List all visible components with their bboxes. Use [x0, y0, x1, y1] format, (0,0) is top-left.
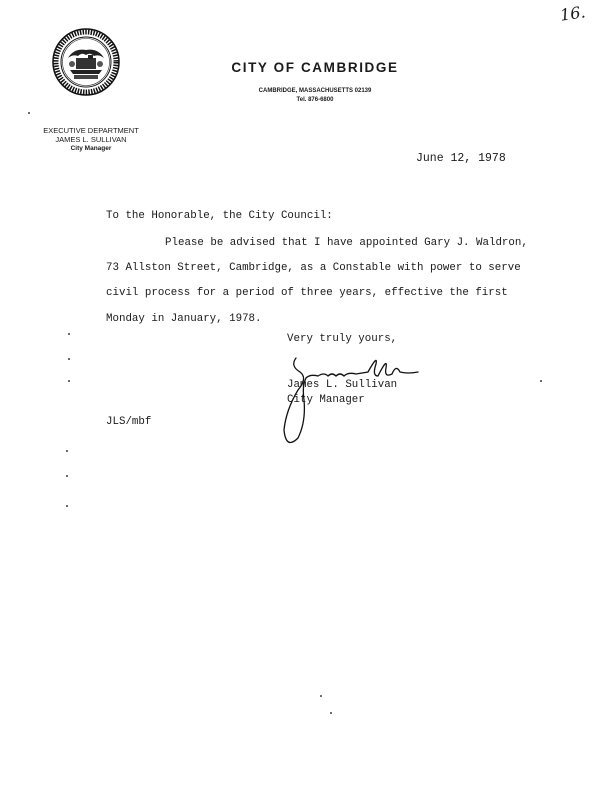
letterhead-address-block: CAMBRIDGE, MASSACHUSETTS 02139 Tel. 876-…	[205, 87, 425, 104]
body-line: 73 Allston Street, Cambridge, as a Const…	[106, 262, 521, 274]
sender-department: EXECUTIVE DEPARTMENT	[36, 126, 146, 135]
letterhead-title: CITY OF CAMBRIDGE	[205, 60, 425, 75]
letterhead-telephone: Tel. 876-6800	[205, 96, 425, 105]
body-line: civil process for a period of three year…	[106, 287, 508, 299]
letterhead-address: CAMBRIDGE, MASSACHUSETTS 02139	[205, 87, 425, 96]
sender-block: EXECUTIVE DEPARTMENT JAMES L. SULLIVAN C…	[36, 126, 146, 153]
reference-initials: JLS/mbf	[106, 416, 151, 428]
sender-name: JAMES L. SULLIVAN	[36, 135, 146, 144]
body-line: Monday in January, 1978.	[106, 313, 262, 325]
signature-name: James L. Sullivan	[287, 379, 397, 391]
closing: Very truly yours,	[287, 333, 397, 345]
handwritten-page-number: 16.	[559, 2, 587, 24]
letter-date: June 12, 1978	[416, 152, 506, 165]
body-line: Please be advised that I have appointed …	[165, 237, 528, 249]
sender-title: City Manager	[36, 144, 146, 153]
signature-title: City Manager	[287, 394, 365, 406]
city-seal-icon	[52, 28, 120, 96]
salutation: To the Honorable, the City Council:	[106, 210, 333, 222]
